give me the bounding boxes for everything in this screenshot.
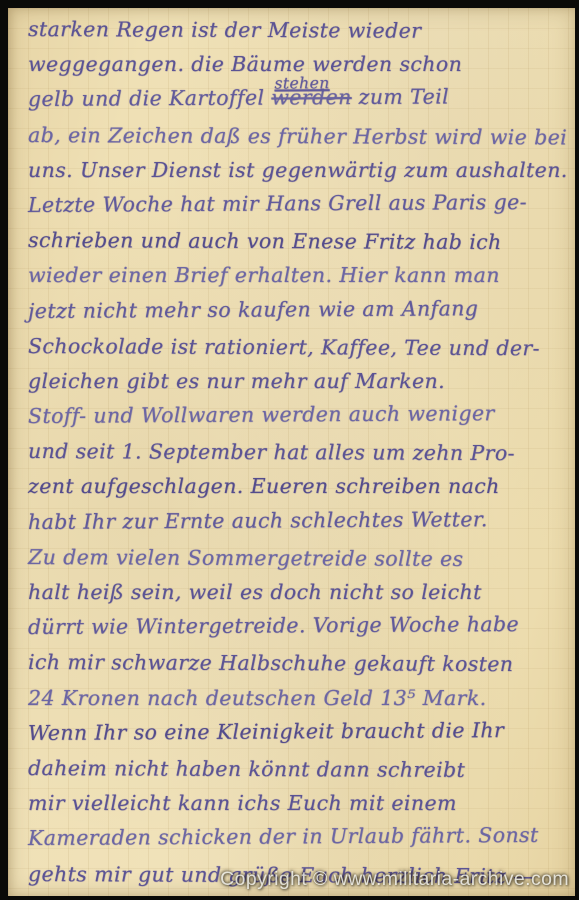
watermark: Copyright © www.militaria-archive.com (220, 868, 569, 891)
letter-line: ab, ein Zeichen daß es früher Herbst wir… (28, 118, 571, 156)
letter-line: und seit 1. September hat alles um zehn … (28, 434, 571, 472)
line-text: zum Teil (352, 85, 450, 110)
letter-line: Stoff- und Wollwaren werden auch weniger (28, 396, 571, 435)
letter-line: Schockolade ist rationiert, Kaffee, Tee … (28, 329, 571, 367)
letter-body: starken Regen ist der Meiste wieder wegg… (28, 12, 571, 896)
letter-line: halt heiß sein, weil es doch nicht so le… (28, 575, 571, 610)
letter-line: jetzt nicht mehr so kaufen wie am Anfang (28, 290, 571, 329)
letter-line-with-correction: gelb und die Kartoffel stehenwerden zum … (28, 79, 571, 118)
inserted-word: stehen (274, 76, 329, 92)
letter-line: Wenn Ihr so eine Kleinigkeit braucht die… (28, 712, 571, 751)
correction: stehenwerden (271, 80, 352, 116)
letter-paper: starken Regen ist der Meiste wieder wegg… (8, 8, 575, 896)
letter-line: ich mir schwarze Halbschuhe gekauft kost… (28, 645, 571, 683)
letter-line: zent aufgeschlagen. Eueren schreiben nac… (28, 469, 571, 504)
letter-line: schrieben und auch von Enese Fritz hab i… (28, 223, 571, 261)
letter-line: Kameraden schicken der in Urlaub fährt. … (28, 818, 571, 857)
letter-line: starken Regen ist der Meiste wieder (28, 12, 571, 50)
letter-line: gleichen gibt es nur mehr auf Marken. (28, 364, 571, 399)
letter-line: dürrt wie Wintergetreide. Vorige Woche h… (28, 607, 571, 646)
scan-black-border: starken Regen ist der Meiste wieder wegg… (0, 0, 579, 900)
letter-line: daheim nicht haben könnt dann schreibt (28, 751, 571, 789)
letter-line: habt Ihr zur Ernte auch schlechtes Wette… (28, 501, 571, 540)
letter-line: uns. Unser Dienst ist gegenwärtig zum au… (28, 153, 571, 188)
letter-line: mir vielleicht kann ichs Euch mit einem (28, 786, 571, 821)
letter-line: wieder einen Brief erhalten. Hier kann m… (28, 258, 571, 293)
letter-line: Letzte Woche hat mir Hans Grell aus Pari… (28, 185, 571, 224)
letter-line: Zu dem vielen Sommergetreide sollte es (28, 540, 571, 578)
letter-line: 24 Kronen nach deutschen Geld 13⁵ Mark. (28, 681, 571, 716)
line-text: gelb und die Kartoffel (28, 86, 271, 111)
